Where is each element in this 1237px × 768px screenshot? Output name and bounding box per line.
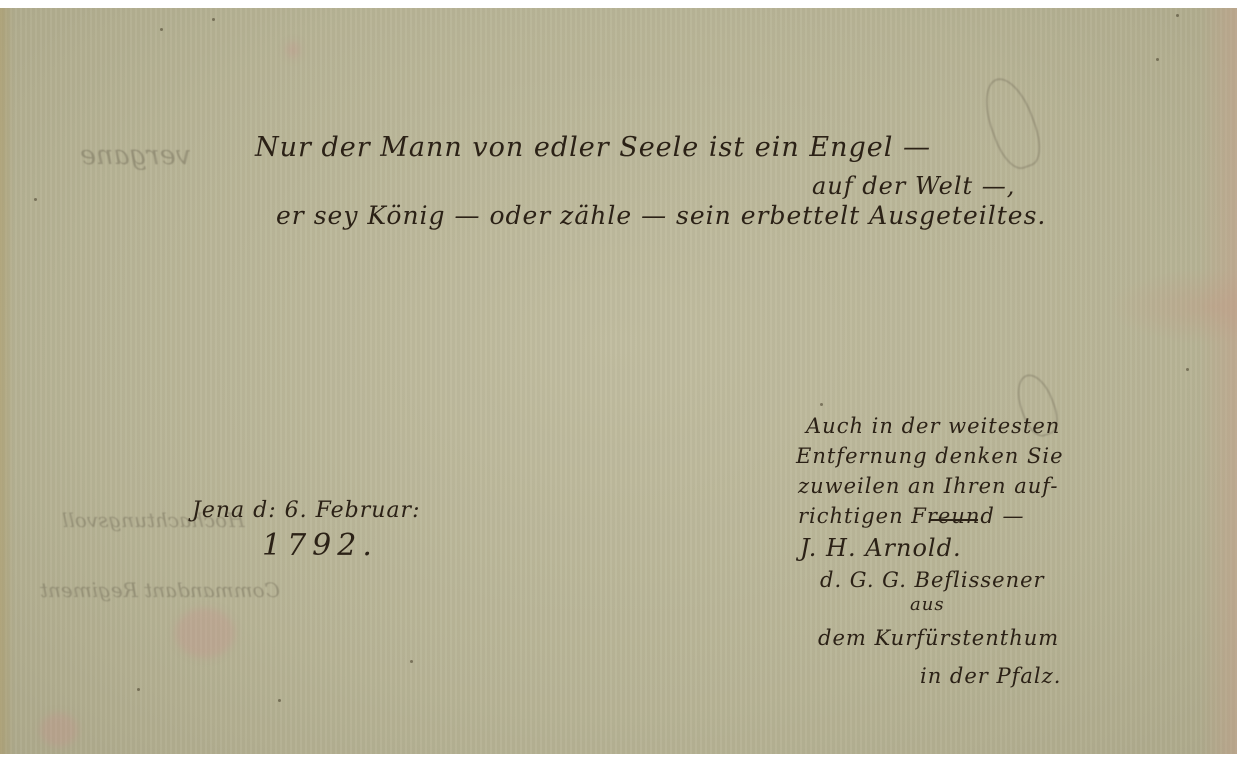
paper-sheet: vergane Hochachtungsvoll Commandant Regi…	[0, 8, 1237, 754]
dedication-line: in der Pfalz.	[920, 664, 1061, 688]
paper-speck	[137, 688, 140, 691]
motto-line-1: Nur der Mann von edler Seele ist ein Eng…	[255, 132, 931, 163]
motto-insert: auf der Welt —,	[812, 172, 1015, 200]
bleed-through-text: Commandant Regiment	[40, 578, 280, 602]
paper-speck	[410, 660, 413, 663]
pink-stain	[40, 713, 78, 747]
signature-title: d. G. G. Beflissener	[820, 568, 1045, 592]
year: 1792.	[262, 528, 378, 563]
dedication-line: Entfernung denken Sie	[796, 444, 1064, 468]
dedication-line: Auch in der weitesten	[806, 414, 1060, 438]
motto-line-2: er sey König — oder zähle — sein erbette…	[276, 201, 1046, 230]
flourish-stroke	[930, 519, 978, 521]
paper-speck	[34, 198, 37, 201]
paper-speck	[1186, 368, 1189, 371]
bleed-through-text: vergane	[80, 140, 191, 171]
paper-speck	[820, 403, 823, 406]
dedication-line: zuweilen an Ihren auf-	[798, 474, 1058, 498]
signature-name: J. H. Arnold.	[800, 534, 962, 562]
pink-stain	[286, 42, 300, 58]
paper-speck	[278, 699, 281, 702]
bleed-through-loop	[975, 71, 1048, 174]
paper-speck	[160, 28, 163, 31]
scan-frame: vergane Hochachtungsvoll Commandant Regi…	[0, 0, 1237, 768]
paper-speck	[212, 18, 215, 21]
place-date: Jena d: 6. Februar:	[192, 498, 420, 523]
pink-stain	[175, 608, 235, 658]
dedication-line: aus	[910, 594, 945, 615]
dedication-line: richtigen Freund —	[798, 504, 1024, 528]
dedication-line: dem Kurfürstenthum	[818, 626, 1059, 650]
paper-speck	[1176, 14, 1179, 17]
paper-speck	[1156, 58, 1159, 61]
